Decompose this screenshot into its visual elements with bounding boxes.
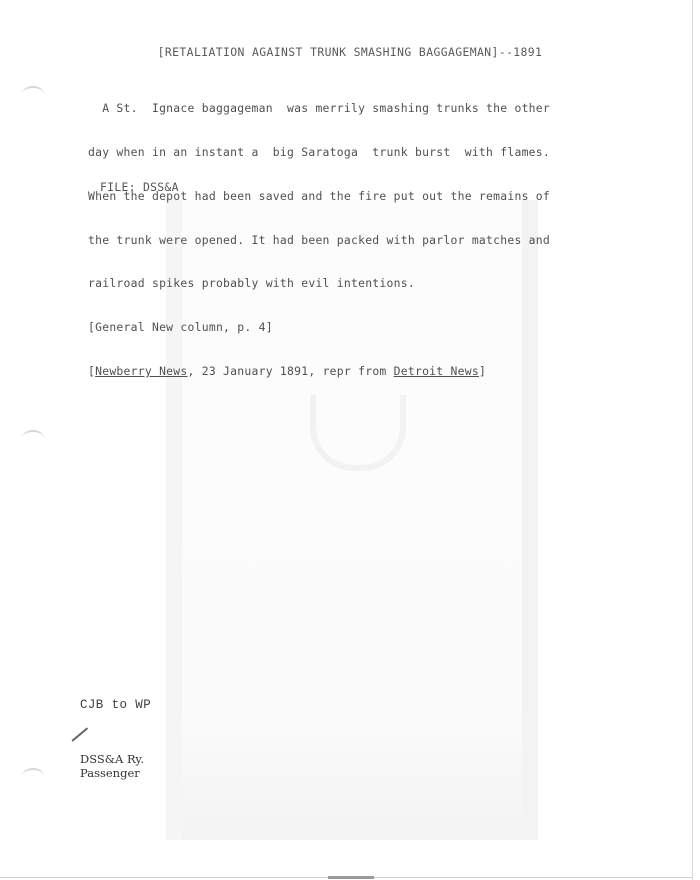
section-note: [General New column, p. 4] [88, 320, 648, 335]
routing-note: CJB to WP [80, 698, 151, 712]
citation-reprint-source: Detroit News [394, 364, 479, 378]
punch-hole-mark [22, 430, 44, 446]
punch-hole-mark [22, 86, 44, 102]
paragraph-line: day when in an instant a big Saratoga tr… [88, 145, 648, 160]
page-edge-mark [328, 876, 374, 879]
check-mark [72, 727, 88, 741]
category-label: DSS&A Ry. Passenger [80, 752, 144, 780]
citation-bracket: ] [479, 364, 486, 378]
category-line: Passenger [80, 766, 144, 780]
paragraph-line: railroad spikes probably with evil inten… [88, 276, 648, 291]
file-label: FILE: DSS&A [100, 180, 179, 194]
paragraph-line: A St. Ignace baggageman was merrily smas… [88, 101, 648, 116]
citation-source: Newberry News [95, 364, 187, 378]
paragraph-line: the trunk were opened. It had been packe… [88, 233, 648, 248]
citation-details: , 23 January 1891, repr from [188, 364, 394, 378]
category-line: DSS&A Ry. [80, 752, 144, 766]
document-title: [RETALIATION AGAINST TRUNK SMASHING BAGG… [0, 45, 700, 59]
citation: [Newberry News, 23 January 1891, repr fr… [88, 364, 648, 379]
punch-hole-mark [22, 768, 44, 784]
article-body: A St. Ignace baggageman was merrily smas… [88, 72, 648, 393]
page-edge [692, 0, 693, 880]
